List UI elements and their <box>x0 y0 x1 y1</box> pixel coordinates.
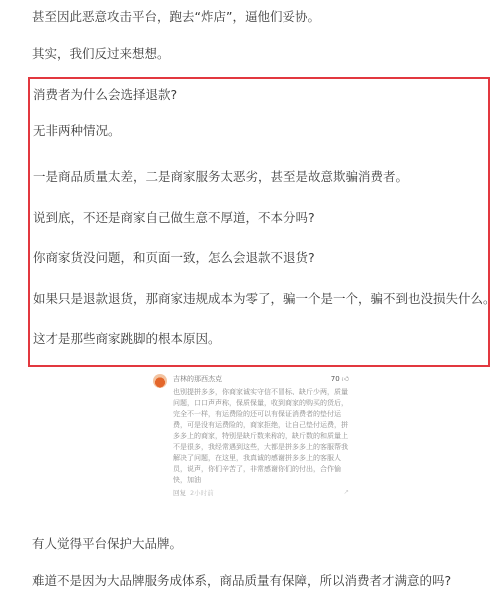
paragraph: 有人觉得平台保护大品牌。 <box>32 536 182 552</box>
paragraph: 一是商品质量太差，二是商家服务太恶劣，甚至是故意欺骗消费者。 <box>33 169 408 185</box>
comment-time: 2小时前 <box>190 489 214 497</box>
paragraph: 其实，我们反过来想想。 <box>32 46 170 62</box>
paragraph: 难道不是因为大品牌服务成体系，商品质量有保障，所以消费者才满意的吗? <box>32 573 451 589</box>
reply-label: 回复 <box>173 489 186 497</box>
like-count: 70👍︎ <box>331 374 349 383</box>
like-count-value: 70 <box>331 375 340 383</box>
share-icon: ↗ <box>344 488 349 496</box>
thumbs-up-icon: 👍︎ <box>342 375 349 383</box>
paragraph: 你商家货没问题，和页面一致，怎么会退款不退货? <box>33 250 315 266</box>
comment-username: 吉林的那西杰克 <box>173 374 222 384</box>
paragraph: 甚至因此恶意攻击平台，跑去“炸店”，逼他们妥协。 <box>32 9 320 25</box>
paragraph: 这才是那些商家跳脚的根本原因。 <box>33 331 221 347</box>
paragraph: 消费者为什么会选择退款? <box>33 87 177 103</box>
comment-footer: 回复2小时前 <box>173 488 214 497</box>
comment-text: 也别提拼多多，你商家诚实守信不冒标、缺斤少两，质量问题，口口声声称，保质保量，收… <box>173 387 351 486</box>
comment-screenshot: 吉林的那西杰克 70👍︎ 也别提拼多多，你商家诚实守信不冒标、缺斤少两，质量问题… <box>147 368 357 508</box>
paragraph: 无非两种情况。 <box>33 123 121 139</box>
highlight-box: 消费者为什么会选择退款? 无非两种情况。 一是商品质量太差，二是商家服务太恶劣，… <box>28 77 490 367</box>
avatar <box>153 374 167 388</box>
paragraph: 如果只是退款退货，那商家违规成本为零了，骗一个是一个，骗不到也没损失什么。 <box>33 291 496 307</box>
paragraph: 说到底，不还是商家自己做生意不厚道，不本分吗? <box>33 210 315 226</box>
